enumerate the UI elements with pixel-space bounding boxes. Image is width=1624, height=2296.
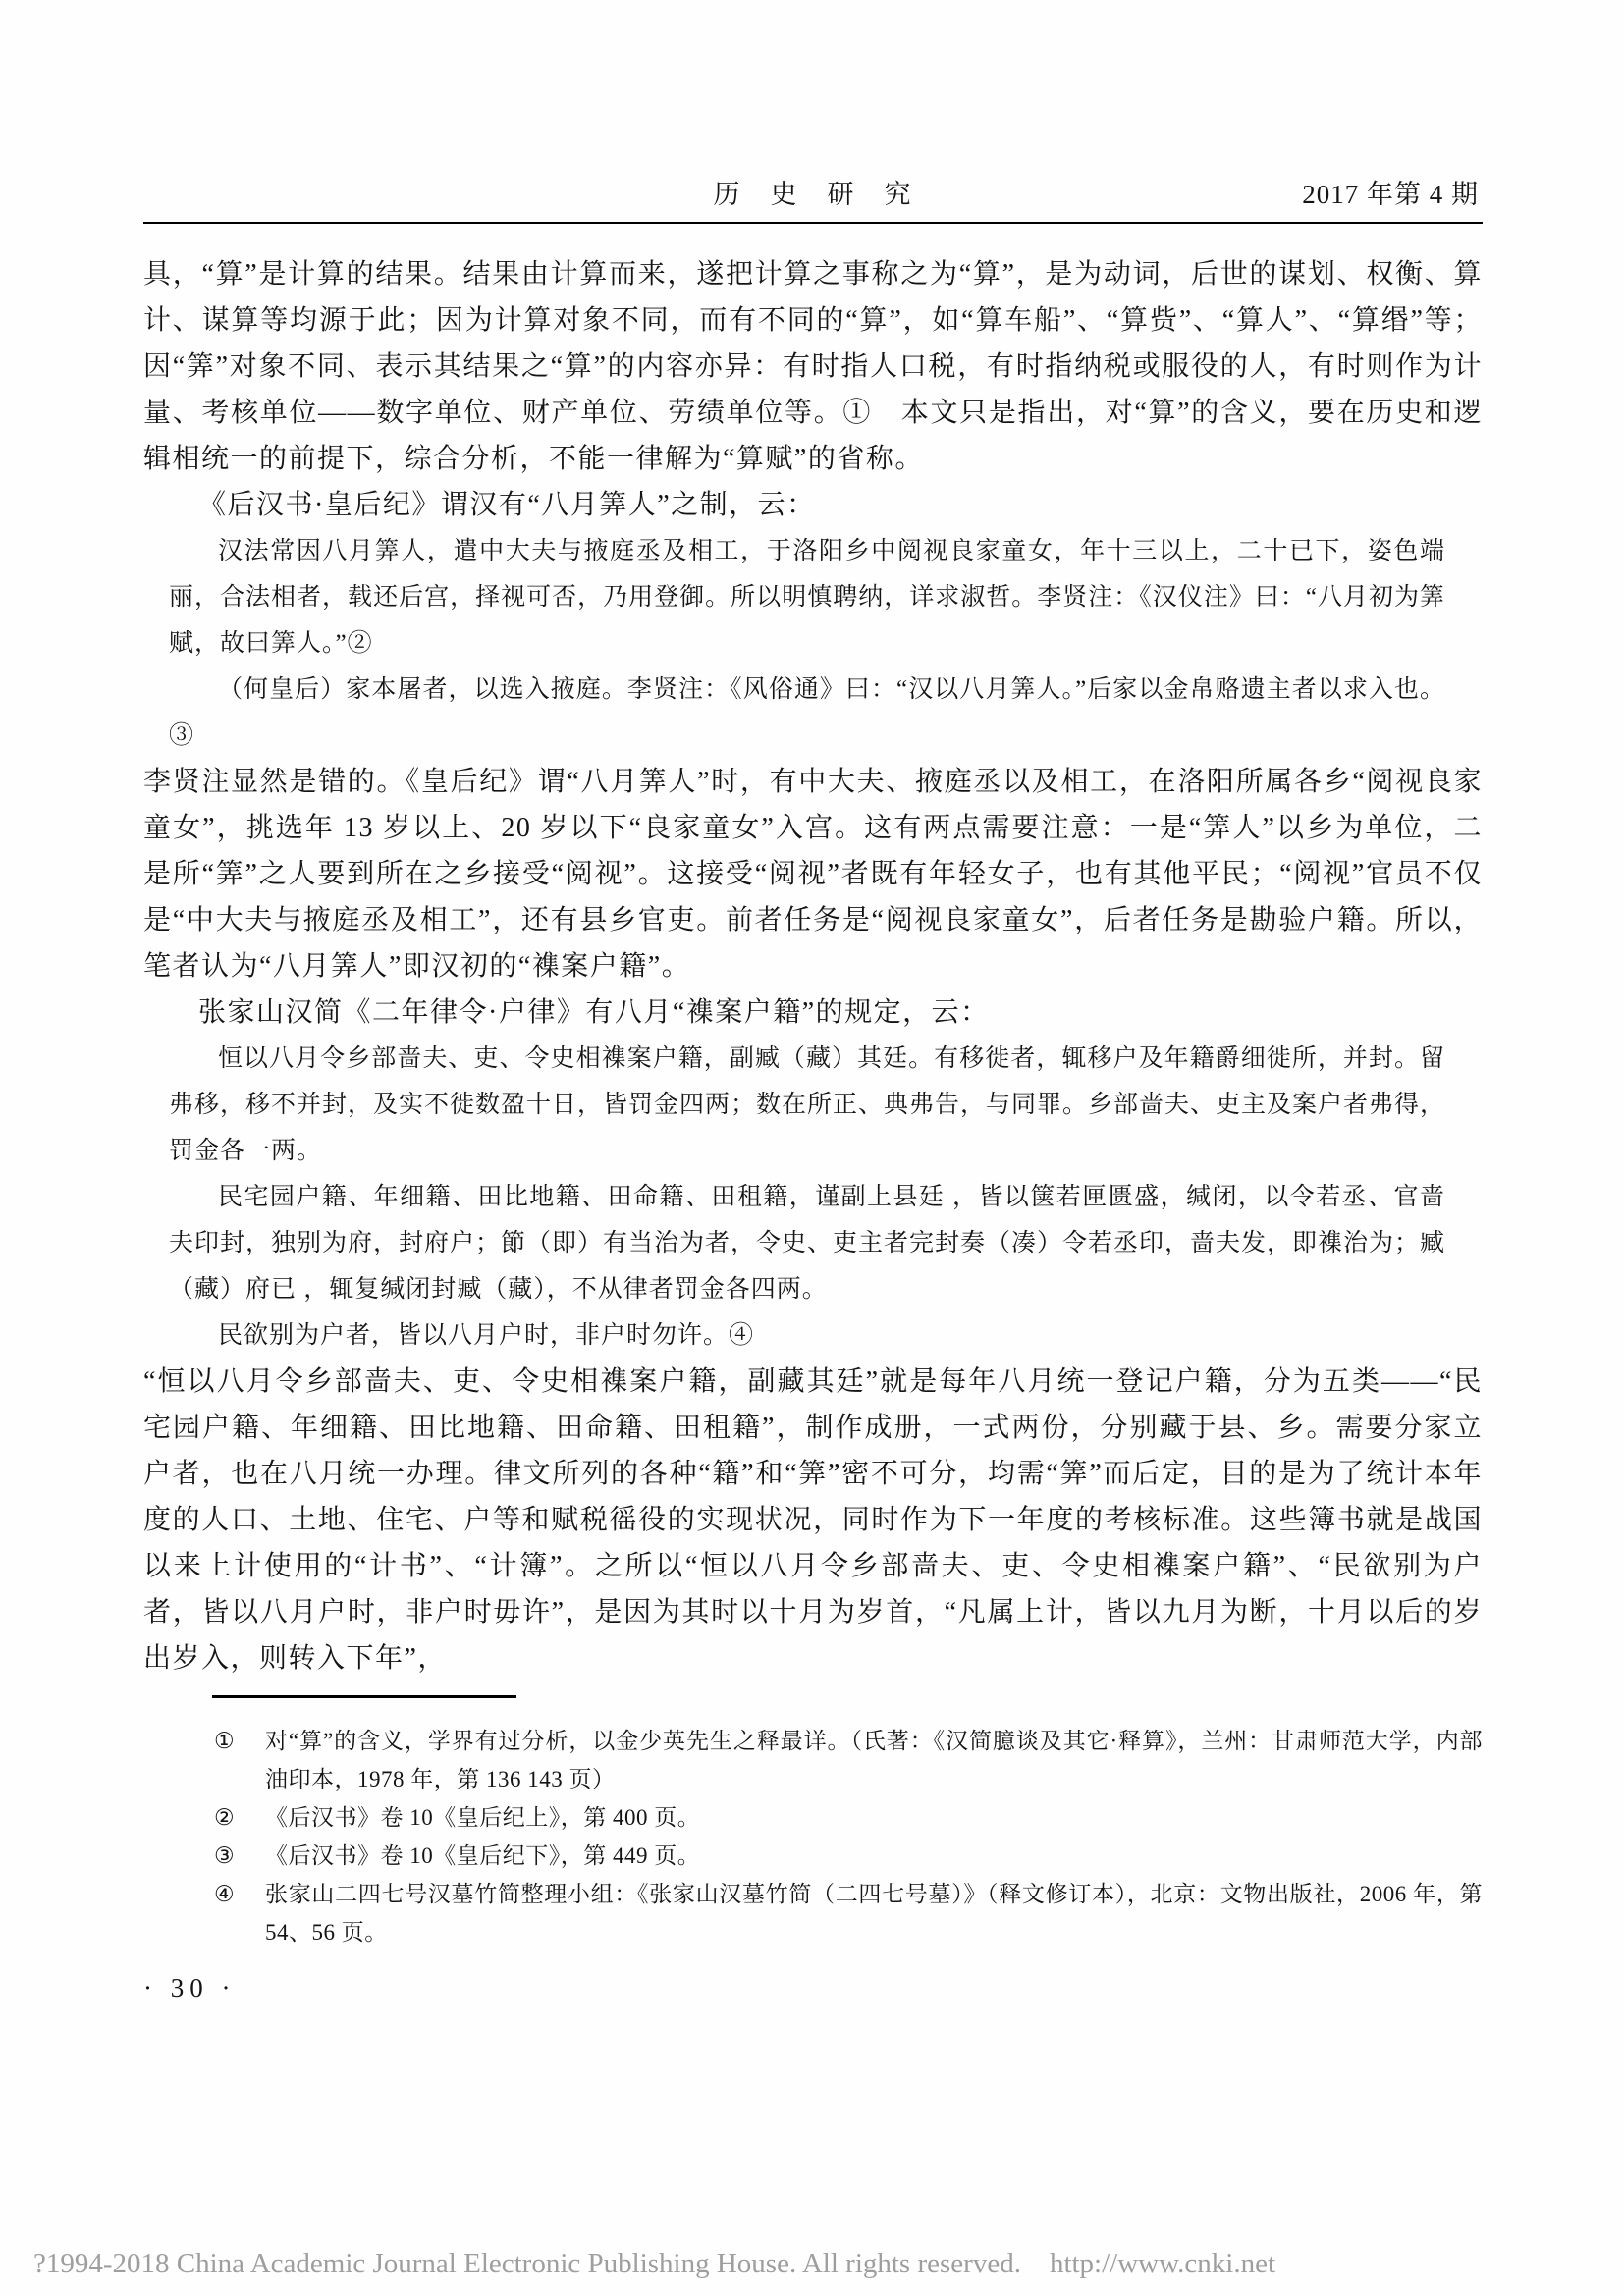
footnote-4: ④ 张家山二四七号汉墓竹简整理小组：《张家山汉墓竹简（二四七号墓）》（释文修订本…	[143, 1875, 1483, 1951]
footnote-divider	[212, 1695, 516, 1698]
issue-info: 2017 年第 4 期	[1302, 173, 1479, 211]
copyright-watermark: ?1994-2018 China Academic Journal Electr…	[33, 2248, 1275, 2280]
article-body: 具，“算”是计算的结果。结果由计算而来，遂把计算之事称之为“算”，是为动词，后世…	[143, 251, 1483, 1682]
paragraph-3: 李贤注显然是错的。《皇后纪》谓“八月筭人”时，有中大夫、掖庭丞以及相工，在洛阳所…	[143, 759, 1483, 989]
block-quote-3a: 恒以八月令乡部啬夫、吏、令史相襍案户籍，副臧（藏）其廷。有移徙者，辄移户及年籍爵…	[169, 1036, 1445, 1174]
paragraph-5: “恒以八月令乡部啬夫、吏、令史相襍案户籍，副藏其廷”就是每年八月统一登记户籍，分…	[143, 1359, 1483, 1682]
page-header: 历 史 研 究 2017 年第 4 期	[143, 173, 1483, 206]
header-rule	[143, 222, 1483, 224]
block-quote-1: 汉法常因八月筭人，遣中大夫与掖庭丞及相工，于洛阳乡中阅视良家童女，年十三以上，二…	[169, 528, 1445, 667]
footnote-text: 《后汉书》卷 10《皇后纪下》，第 449 页。	[265, 1837, 1483, 1875]
footnote-marker: ③	[214, 1837, 265, 1875]
footnote-text: 《后汉书》卷 10《皇后纪上》，第 400 页。	[265, 1798, 1483, 1837]
journal-page: 历 史 研 究 2017 年第 4 期 具，“算”是计算的结果。结果由计算而来，…	[0, 0, 1624, 2296]
block-quote-3c: 民欲别为户者，皆以八月户时，非户时勿许。④	[169, 1312, 1445, 1359]
block-quote-2: （何皇后）家本屠者，以选入掖庭。李贤注：《风俗通》曰：“汉以八月筭人。”后家以金…	[169, 667, 1445, 759]
paragraph-2: 《后汉书·皇后纪》谓汉有“八月筭人”之制，云：	[143, 482, 1483, 528]
paragraph-1: 具，“算”是计算的结果。结果由计算而来，遂把计算之事称之为“算”，是为动词，后世…	[143, 251, 1483, 482]
footnote-1: ① 对“算”的含义，学界有过分析，以金少英先生之释最详。（氏著：《汉简臆谈及其它…	[143, 1722, 1483, 1798]
footnote-3: ③ 《后汉书》卷 10《皇后纪下》，第 449 页。	[143, 1837, 1483, 1875]
page-number: · 30 ·	[143, 1973, 1483, 2003]
page-content: 历 史 研 究 2017 年第 4 期 具，“算”是计算的结果。结果由计算而来，…	[143, 173, 1483, 2003]
footnote-text: 张家山二四七号汉墓竹简整理小组：《张家山汉墓竹简（二四七号墓）》（释文修订本），…	[265, 1875, 1483, 1951]
footnote-marker: ①	[214, 1722, 265, 1760]
footnote-marker: ④	[214, 1875, 265, 1913]
footnote-marker: ②	[214, 1798, 265, 1837]
block-quote-3b: 民宅园户籍、年细籍、田比地籍、田命籍、田租籍，谨副上县廷 ，皆以箧若匣匮盛，缄闭…	[169, 1174, 1445, 1312]
footnote-text: 对“算”的含义，学界有过分析，以金少英先生之释最详。（氏著：《汉简臆谈及其它·释…	[265, 1722, 1483, 1798]
footnote-2: ② 《后汉书》卷 10《皇后纪上》，第 400 页。	[143, 1798, 1483, 1837]
footnotes: ① 对“算”的含义，学界有过分析，以金少英先生之释最详。（氏著：《汉简臆谈及其它…	[143, 1722, 1483, 1951]
journal-title: 历 史 研 究	[143, 173, 1483, 211]
paragraph-4: 张家山汉简《二年律令·户律》有八月“襍案户籍”的规定，云：	[143, 989, 1483, 1036]
